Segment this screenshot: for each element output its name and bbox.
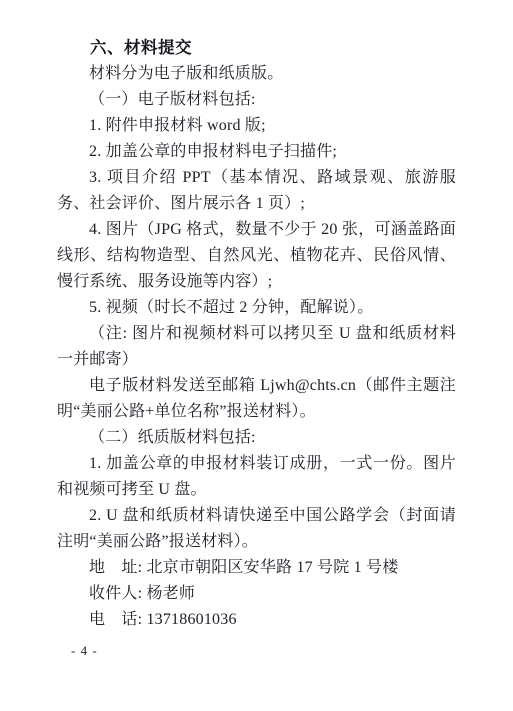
paragraph-electronic-header: （一）电子版材料包括:: [57, 87, 456, 113]
paragraph-recipient: 收件人: 杨老师: [57, 581, 456, 607]
page-number: - 4 -: [71, 643, 98, 659]
paragraph-paper-item-2: 2. U 盘和纸质材料请快递至中国公路学会（封面请注明“美丽公路”报送材料）。: [57, 503, 456, 555]
paragraph-phone: 电 话: 13718601036: [57, 607, 456, 633]
paragraph-email: 电子版材料发送至邮箱 Ljwh@chts.cn（邮件主题注明“美丽公路+单位名称…: [57, 373, 456, 425]
paragraph-paper-item-1: 1. 加盖公章的申报材料装订成册，一式一份。图片和视频可拷至 U 盘。: [57, 451, 456, 503]
paragraph-address: 地 址: 北京市朝阳区安华路 17 号院 1 号楼: [57, 555, 456, 581]
paragraph-paper-header: （二）纸质版材料包括:: [57, 425, 456, 451]
paragraph-item-5: 5. 视频（时长不超过 2 分钟，配解说）。: [57, 295, 456, 321]
paragraph-note: （注: 图片和视频材料可以拷贝至 U 盘和纸质材料一并邮寄）: [57, 321, 456, 373]
paragraph-item-4: 4. 图片（JPG 格式，数量不少于 20 张，可涵盖路面线形、结构物造型、自然…: [57, 217, 456, 295]
document-page: 六、材料提交 材料分为电子版和纸质版。 （一）电子版材料包括: 1. 附件申报材…: [0, 0, 513, 711]
paragraph-item-3: 3. 项目介绍 PPT（基本情况、路域景观、旅游服务、社会评价、图片展示各 1 …: [57, 165, 456, 217]
document-body: 六、材料提交 材料分为电子版和纸质版。 （一）电子版材料包括: 1. 附件申报材…: [57, 35, 456, 633]
paragraph-intro: 材料分为电子版和纸质版。: [57, 61, 456, 87]
paragraph-item-2: 2. 加盖公章的申报材料电子扫描件;: [57, 139, 456, 165]
section-heading: 六、材料提交: [57, 35, 456, 61]
paragraph-item-1: 1. 附件申报材料 word 版;: [57, 113, 456, 139]
